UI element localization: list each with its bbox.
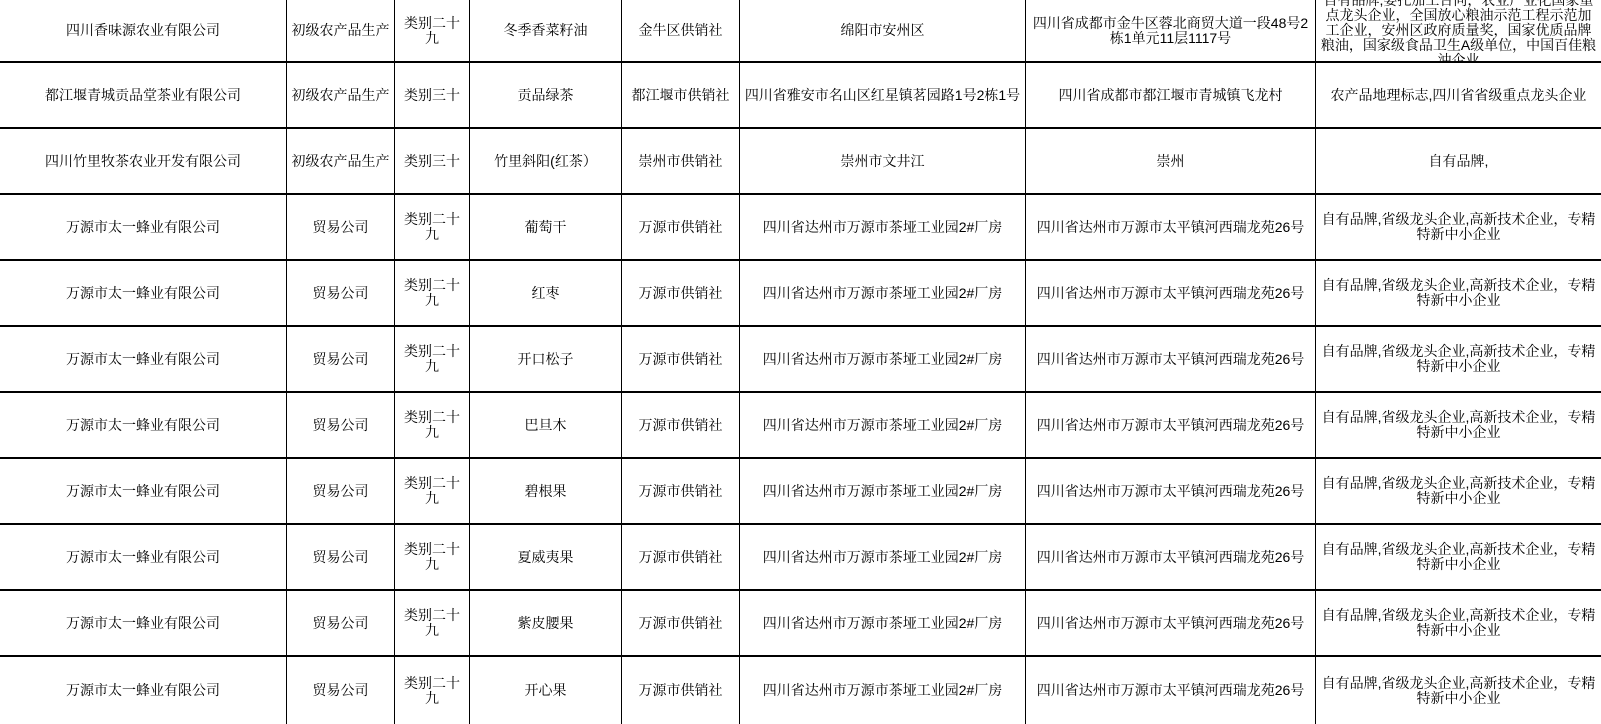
cell-company-name[interactable]: 万源市太一蜂业有限公司 [0,459,287,523]
cell-address-2[interactable]: 四川省达州市万源市太平镇河西瑞龙苑26号 [1026,393,1316,457]
table-row: 万源市太一蜂业有限公司贸易公司类别二十九红枣万源市供销社四川省达州市万源市茶垭工… [0,261,1601,327]
cell-cooperative[interactable]: 万源市供销社 [622,261,740,325]
cell-honors[interactable]: 自有品牌,省级龙头企业,高新技术企业，专精特新中小企业 [1316,261,1601,325]
cell-enterprise-type[interactable]: 贸易公司 [287,393,395,457]
cell-product-name[interactable]: 夏威夷果 [470,525,622,589]
enterprise-products-table: 四川香味源农业有限公司初级农产品生产类别二十九冬季香菜籽油金牛区供销社绵阳市安州… [0,0,1601,724]
cell-product-name[interactable]: 开心果 [470,657,622,724]
cell-enterprise-type[interactable]: 贸易公司 [287,459,395,523]
cell-cooperative[interactable]: 万源市供销社 [622,525,740,589]
cell-address-2[interactable]: 四川省达州市万源市太平镇河西瑞龙苑26号 [1026,195,1316,259]
cell-company-name[interactable]: 万源市太一蜂业有限公司 [0,525,287,589]
cell-enterprise-type[interactable]: 初级农产品生产 [287,63,395,127]
cell-address-2[interactable]: 崇州 [1026,129,1316,193]
cell-product-name[interactable]: 开口松子 [470,327,622,391]
table-row: 万源市太一蜂业有限公司贸易公司类别二十九巴旦木万源市供销社四川省达州市万源市茶垭… [0,393,1601,459]
cell-cooperative[interactable]: 金牛区供销社 [622,0,740,61]
cell-company-name[interactable]: 万源市太一蜂业有限公司 [0,261,287,325]
cell-honors[interactable]: 自有品牌, [1316,129,1601,193]
cell-company-name[interactable]: 四川竹里牧茶农业开发有限公司 [0,129,287,193]
cell-category[interactable]: 类别二十九 [395,195,470,259]
cell-address-2[interactable]: 四川省达州市万源市太平镇河西瑞龙苑26号 [1026,261,1316,325]
cell-enterprise-type[interactable]: 贸易公司 [287,195,395,259]
cell-category[interactable]: 类别二十九 [395,327,470,391]
cell-category[interactable]: 类别三十 [395,129,470,193]
cell-address-1[interactable]: 四川省达州市万源市茶垭工业园2#厂房 [740,657,1026,724]
cell-address-2[interactable]: 四川省达州市万源市太平镇河西瑞龙苑26号 [1026,459,1316,523]
cell-cooperative[interactable]: 万源市供销社 [622,657,740,724]
cell-cooperative[interactable]: 万源市供销社 [622,327,740,391]
cell-address-1[interactable]: 四川省达州市万源市茶垭工业园2#厂房 [740,327,1026,391]
cell-category[interactable]: 类别二十九 [395,525,470,589]
cell-category[interactable]: 类别二十九 [395,261,470,325]
cell-address-2[interactable]: 四川省达州市万源市太平镇河西瑞龙苑26号 [1026,525,1316,589]
cell-product-name[interactable]: 紫皮腰果 [470,591,622,655]
cell-honors[interactable]: 自有品牌,省级龙头企业,高新技术企业，专精特新中小企业 [1316,591,1601,655]
cell-company-name[interactable]: 万源市太一蜂业有限公司 [0,327,287,391]
cell-category[interactable]: 类别二十九 [395,657,470,724]
cell-honors[interactable]: 自有品牌,省级龙头企业,高新技术企业，专精特新中小企业 [1316,525,1601,589]
cell-cooperative[interactable]: 万源市供销社 [622,195,740,259]
cell-address-1[interactable]: 四川省达州市万源市茶垭工业园2#厂房 [740,261,1026,325]
cell-address-1[interactable]: 四川省达州市万源市茶垭工业园2#厂房 [740,591,1026,655]
cell-product-name[interactable]: 冬季香菜籽油 [470,0,622,61]
cell-address-2[interactable]: 四川省达州市万源市太平镇河西瑞龙苑26号 [1026,591,1316,655]
cell-company-name[interactable]: 万源市太一蜂业有限公司 [0,657,287,724]
cell-address-1[interactable]: 四川省达州市万源市茶垭工业园2#厂房 [740,195,1026,259]
table-row: 万源市太一蜂业有限公司贸易公司类别二十九夏威夷果万源市供销社四川省达州市万源市茶… [0,525,1601,591]
cell-address-1[interactable]: 绵阳市安州区 [740,0,1026,61]
cell-category[interactable]: 类别三十 [395,63,470,127]
cell-category[interactable]: 类别二十九 [395,591,470,655]
cell-cooperative[interactable]: 崇州市供销社 [622,129,740,193]
cell-enterprise-type[interactable]: 初级农产品生产 [287,0,395,61]
cell-product-name[interactable]: 竹里斜阳(红茶） [470,129,622,193]
cell-cooperative[interactable]: 万源市供销社 [622,591,740,655]
cell-category[interactable]: 类别二十九 [395,393,470,457]
cell-address-1[interactable]: 四川省达州市万源市茶垭工业园2#厂房 [740,393,1026,457]
cell-category[interactable]: 类别二十九 [395,459,470,523]
cell-company-name[interactable]: 万源市太一蜂业有限公司 [0,195,287,259]
table-row: 万源市太一蜂业有限公司贸易公司类别二十九开口松子万源市供销社四川省达州市万源市茶… [0,327,1601,393]
cell-enterprise-type[interactable]: 贸易公司 [287,657,395,724]
cell-product-name[interactable]: 碧根果 [470,459,622,523]
table-row: 四川香味源农业有限公司初级农产品生产类别二十九冬季香菜籽油金牛区供销社绵阳市安州… [0,0,1601,63]
cell-address-1[interactable]: 四川省达州市万源市茶垭工业园2#厂房 [740,459,1026,523]
table-row: 四川竹里牧茶农业开发有限公司初级农产品生产类别三十竹里斜阳(红茶）崇州市供销社崇… [0,129,1601,195]
cell-product-name[interactable]: 贡品绿茶 [470,63,622,127]
cell-cooperative[interactable]: 万源市供销社 [622,459,740,523]
table-row: 万源市太一蜂业有限公司贸易公司类别二十九紫皮腰果万源市供销社四川省达州市万源市茶… [0,591,1601,657]
cell-address-1[interactable]: 四川省达州市万源市茶垭工业园2#厂房 [740,525,1026,589]
cell-address-1[interactable]: 四川省雅安市名山区红星镇茗园路1号2栋1号 [740,63,1026,127]
cell-enterprise-type[interactable]: 贸易公司 [287,261,395,325]
cell-honors[interactable]: 自有品牌,省级龙头企业,高新技术企业，专精特新中小企业 [1316,459,1601,523]
cell-enterprise-type[interactable]: 贸易公司 [287,591,395,655]
cell-address-2[interactable]: 四川省达州市万源市太平镇河西瑞龙苑26号 [1026,327,1316,391]
cell-company-name[interactable]: 万源市太一蜂业有限公司 [0,591,287,655]
cell-product-name[interactable]: 葡萄干 [470,195,622,259]
cell-enterprise-type[interactable]: 贸易公司 [287,327,395,391]
cell-honors[interactable]: 自有品牌,委托加工合同，农业产业化国家重点龙头企业，全国放心粮油示范工程示范加工… [1316,0,1601,61]
cell-enterprise-type[interactable]: 初级农产品生产 [287,129,395,193]
table-row: 万源市太一蜂业有限公司贸易公司类别二十九碧根果万源市供销社四川省达州市万源市茶垭… [0,459,1601,525]
cell-address-2[interactable]: 四川省达州市万源市太平镇河西瑞龙苑26号 [1026,657,1316,724]
cell-address-2[interactable]: 四川省成都市都江堰市青城镇飞龙村 [1026,63,1316,127]
cell-address-1[interactable]: 崇州市文井江 [740,129,1026,193]
cell-product-name[interactable]: 巴旦木 [470,393,622,457]
cell-company-name[interactable]: 都江堰青城贡品堂茶业有限公司 [0,63,287,127]
cell-honors[interactable]: 自有品牌,省级龙头企业,高新技术企业，专精特新中小企业 [1316,195,1601,259]
table-row: 都江堰青城贡品堂茶业有限公司初级农产品生产类别三十贡品绿茶都江堰市供销社四川省雅… [0,63,1601,129]
cell-honors[interactable]: 自有品牌,省级龙头企业,高新技术企业，专精特新中小企业 [1316,393,1601,457]
cell-honors[interactable]: 自有品牌,省级龙头企业,高新技术企业，专精特新中小企业 [1316,657,1601,724]
cell-category[interactable]: 类别二十九 [395,0,470,61]
cell-company-name[interactable]: 四川香味源农业有限公司 [0,0,287,61]
cell-cooperative[interactable]: 都江堰市供销社 [622,63,740,127]
cell-enterprise-type[interactable]: 贸易公司 [287,525,395,589]
table-row: 万源市太一蜂业有限公司贸易公司类别二十九葡萄干万源市供销社四川省达州市万源市茶垭… [0,195,1601,261]
cell-honors[interactable]: 自有品牌,省级龙头企业,高新技术企业，专精特新中小企业 [1316,327,1601,391]
cell-cooperative[interactable]: 万源市供销社 [622,393,740,457]
cell-honors[interactable]: 农产品地理标志,四川省省级重点龙头企业 [1316,63,1601,127]
cell-company-name[interactable]: 万源市太一蜂业有限公司 [0,393,287,457]
cell-product-name[interactable]: 红枣 [470,261,622,325]
table-row: 万源市太一蜂业有限公司贸易公司类别二十九开心果万源市供销社四川省达州市万源市茶垭… [0,657,1601,724]
cell-address-2[interactable]: 四川省成都市金牛区蓉北商贸大道一段48号2栋1单元11层1117号 [1026,0,1316,61]
